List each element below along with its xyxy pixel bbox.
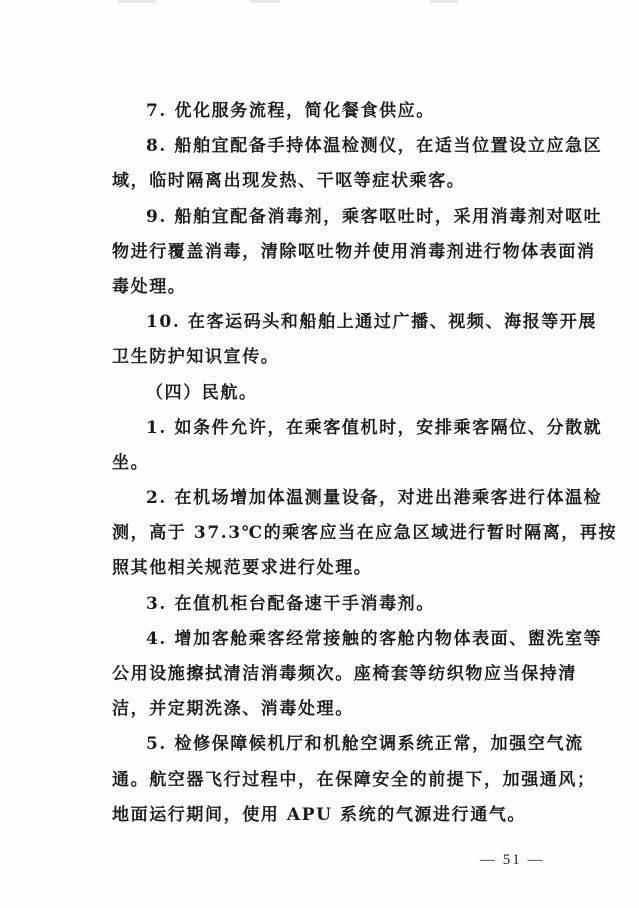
paragraph-line: 8. 船舶宜配备手持体温检测仪，在适当位置设立应急区 — [112, 129, 537, 164]
paragraph-line: 3. 在值机柜台配备速干手消毒剂。 — [112, 587, 537, 622]
paragraph-line: 测，高于 37.3℃的乘客应当在应急区域进行暂时隔离，再按 — [112, 516, 537, 551]
paragraph-line: 5. 检修保障候机厅和机舱空调系统正常，加强空气流 — [112, 727, 537, 762]
paragraph-line: 照其他相关规范要求进行处理。 — [112, 551, 537, 586]
scan-artifact — [430, 0, 458, 3]
paragraph-line: 7. 优化服务流程，简化餐食供应。 — [112, 94, 537, 129]
scan-artifact — [250, 0, 280, 3]
document-page: 7. 优化服务流程，简化餐食供应。 8. 船舶宜配备手持体温检测仪，在适当位置设… — [0, 0, 639, 908]
paragraph-line: 公用设施擦拭清洁消毒频次。座椅套等纺织物应当保持清 — [112, 657, 537, 692]
paragraph-line: 卫生防护知识宣传。 — [112, 340, 537, 375]
paragraph-line: 坐。 — [112, 446, 537, 481]
paragraph-line: 地面运行期间，使用 APU 系统的气源进行通气。 — [112, 798, 537, 833]
paragraph-line: 毒处理。 — [112, 270, 537, 305]
paragraph-line: 9. 船舶宜配备消毒剂，乘客呕吐时，采用消毒剂对呕吐 — [112, 200, 537, 235]
paragraph-line: 4. 增加客舱乘客经常接触的客舱内物体表面、盥洗室等 — [112, 622, 537, 657]
section-heading: （四）民航。 — [112, 376, 537, 411]
paragraph-line: 洁，并定期洗涤、消毒处理。 — [112, 692, 537, 727]
page-number: — 51 — — [480, 852, 545, 869]
paragraph-line: 通。航空器飞行过程中，在保障安全的前提下，加强通风； — [112, 763, 537, 798]
paragraph-line: 物进行覆盖消毒，清除呕吐物并使用消毒剂进行物体表面消 — [112, 235, 537, 270]
document-body: 7. 优化服务流程，简化餐食供应。 8. 船舶宜配备手持体温检测仪，在适当位置设… — [112, 94, 537, 833]
scan-artifact — [118, 0, 156, 3]
paragraph-line: 2. 在机场增加体温测量设备，对进出港乘客进行体温检 — [112, 481, 537, 516]
paragraph-line: 10. 在客运码头和船舶上通过广播、视频、海报等开展 — [112, 305, 537, 340]
paragraph-line: 1. 如条件允许，在乘客值机时，安排乘客隔位、分散就 — [112, 411, 537, 446]
paragraph-line: 域，临时隔离出现发热、干呕等症状乘客。 — [112, 164, 537, 199]
